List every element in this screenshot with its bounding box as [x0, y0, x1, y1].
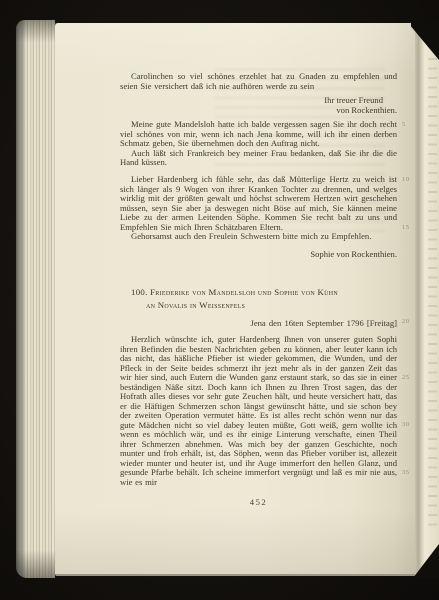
postscript-block-1: Meine gute Mandelsloh hatte ich balde ve… — [120, 120, 397, 168]
facing-page-faint-text — [428, 58, 437, 528]
letter-closing-paragraph: Carolinchen so viel schönes erzehlet hat… — [120, 72, 397, 91]
signature-line-2: von Rockenthien. — [336, 105, 397, 115]
letter-heading: 100. Friederike von Mandelsloh und Sophi… — [131, 286, 401, 312]
paragraph: Meine gute Mandelsloh hatte ich balde ve… — [120, 120, 397, 149]
photo-background: Carolinchen so viel schönes erzehlet hat… — [0, 0, 439, 600]
signature-block-2: Sophie von Rockenthien. — [120, 250, 397, 260]
paragraph: Herzlich wünschte ich, guter Hardenberg … — [120, 335, 397, 487]
signature-line: Sophie von Rockenthien. — [310, 249, 397, 259]
signature-block: Ihr treuer Freund von Rockenthien. — [120, 96, 397, 116]
facing-page-sliver — [425, 23, 439, 576]
letter-number-title: 100. Friederike von Mandelsloh und Sophi… — [131, 287, 338, 297]
dateline: Jena den 16ten September 1796 [Freitag] — [120, 318, 397, 328]
paragraph: Lieber Hardenberg ich fühle sehr, das da… — [120, 175, 397, 232]
letter-title-line2: an Novalis in Weissenfels — [131, 299, 401, 312]
paragraph: Gehorsamst auch den Freulein Schwestern … — [120, 232, 397, 242]
paragraph: Auch läßt sich Frankreich bey meiner Fra… — [120, 149, 397, 168]
paragraph: Carolinchen so viel schönes erzehlet hat… — [120, 72, 397, 91]
book-page-edges — [16, 20, 55, 578]
page-number: 452 — [120, 497, 397, 507]
book-page: Carolinchen so viel schönes erzehlet hat… — [55, 23, 415, 576]
letter-body: Herzlich wünschte ich, guter Hardenberg … — [120, 335, 397, 487]
postscript-block-2: Lieber Hardenberg ich fühle sehr, das da… — [120, 175, 397, 242]
book-gutter-fold — [415, 23, 425, 576]
